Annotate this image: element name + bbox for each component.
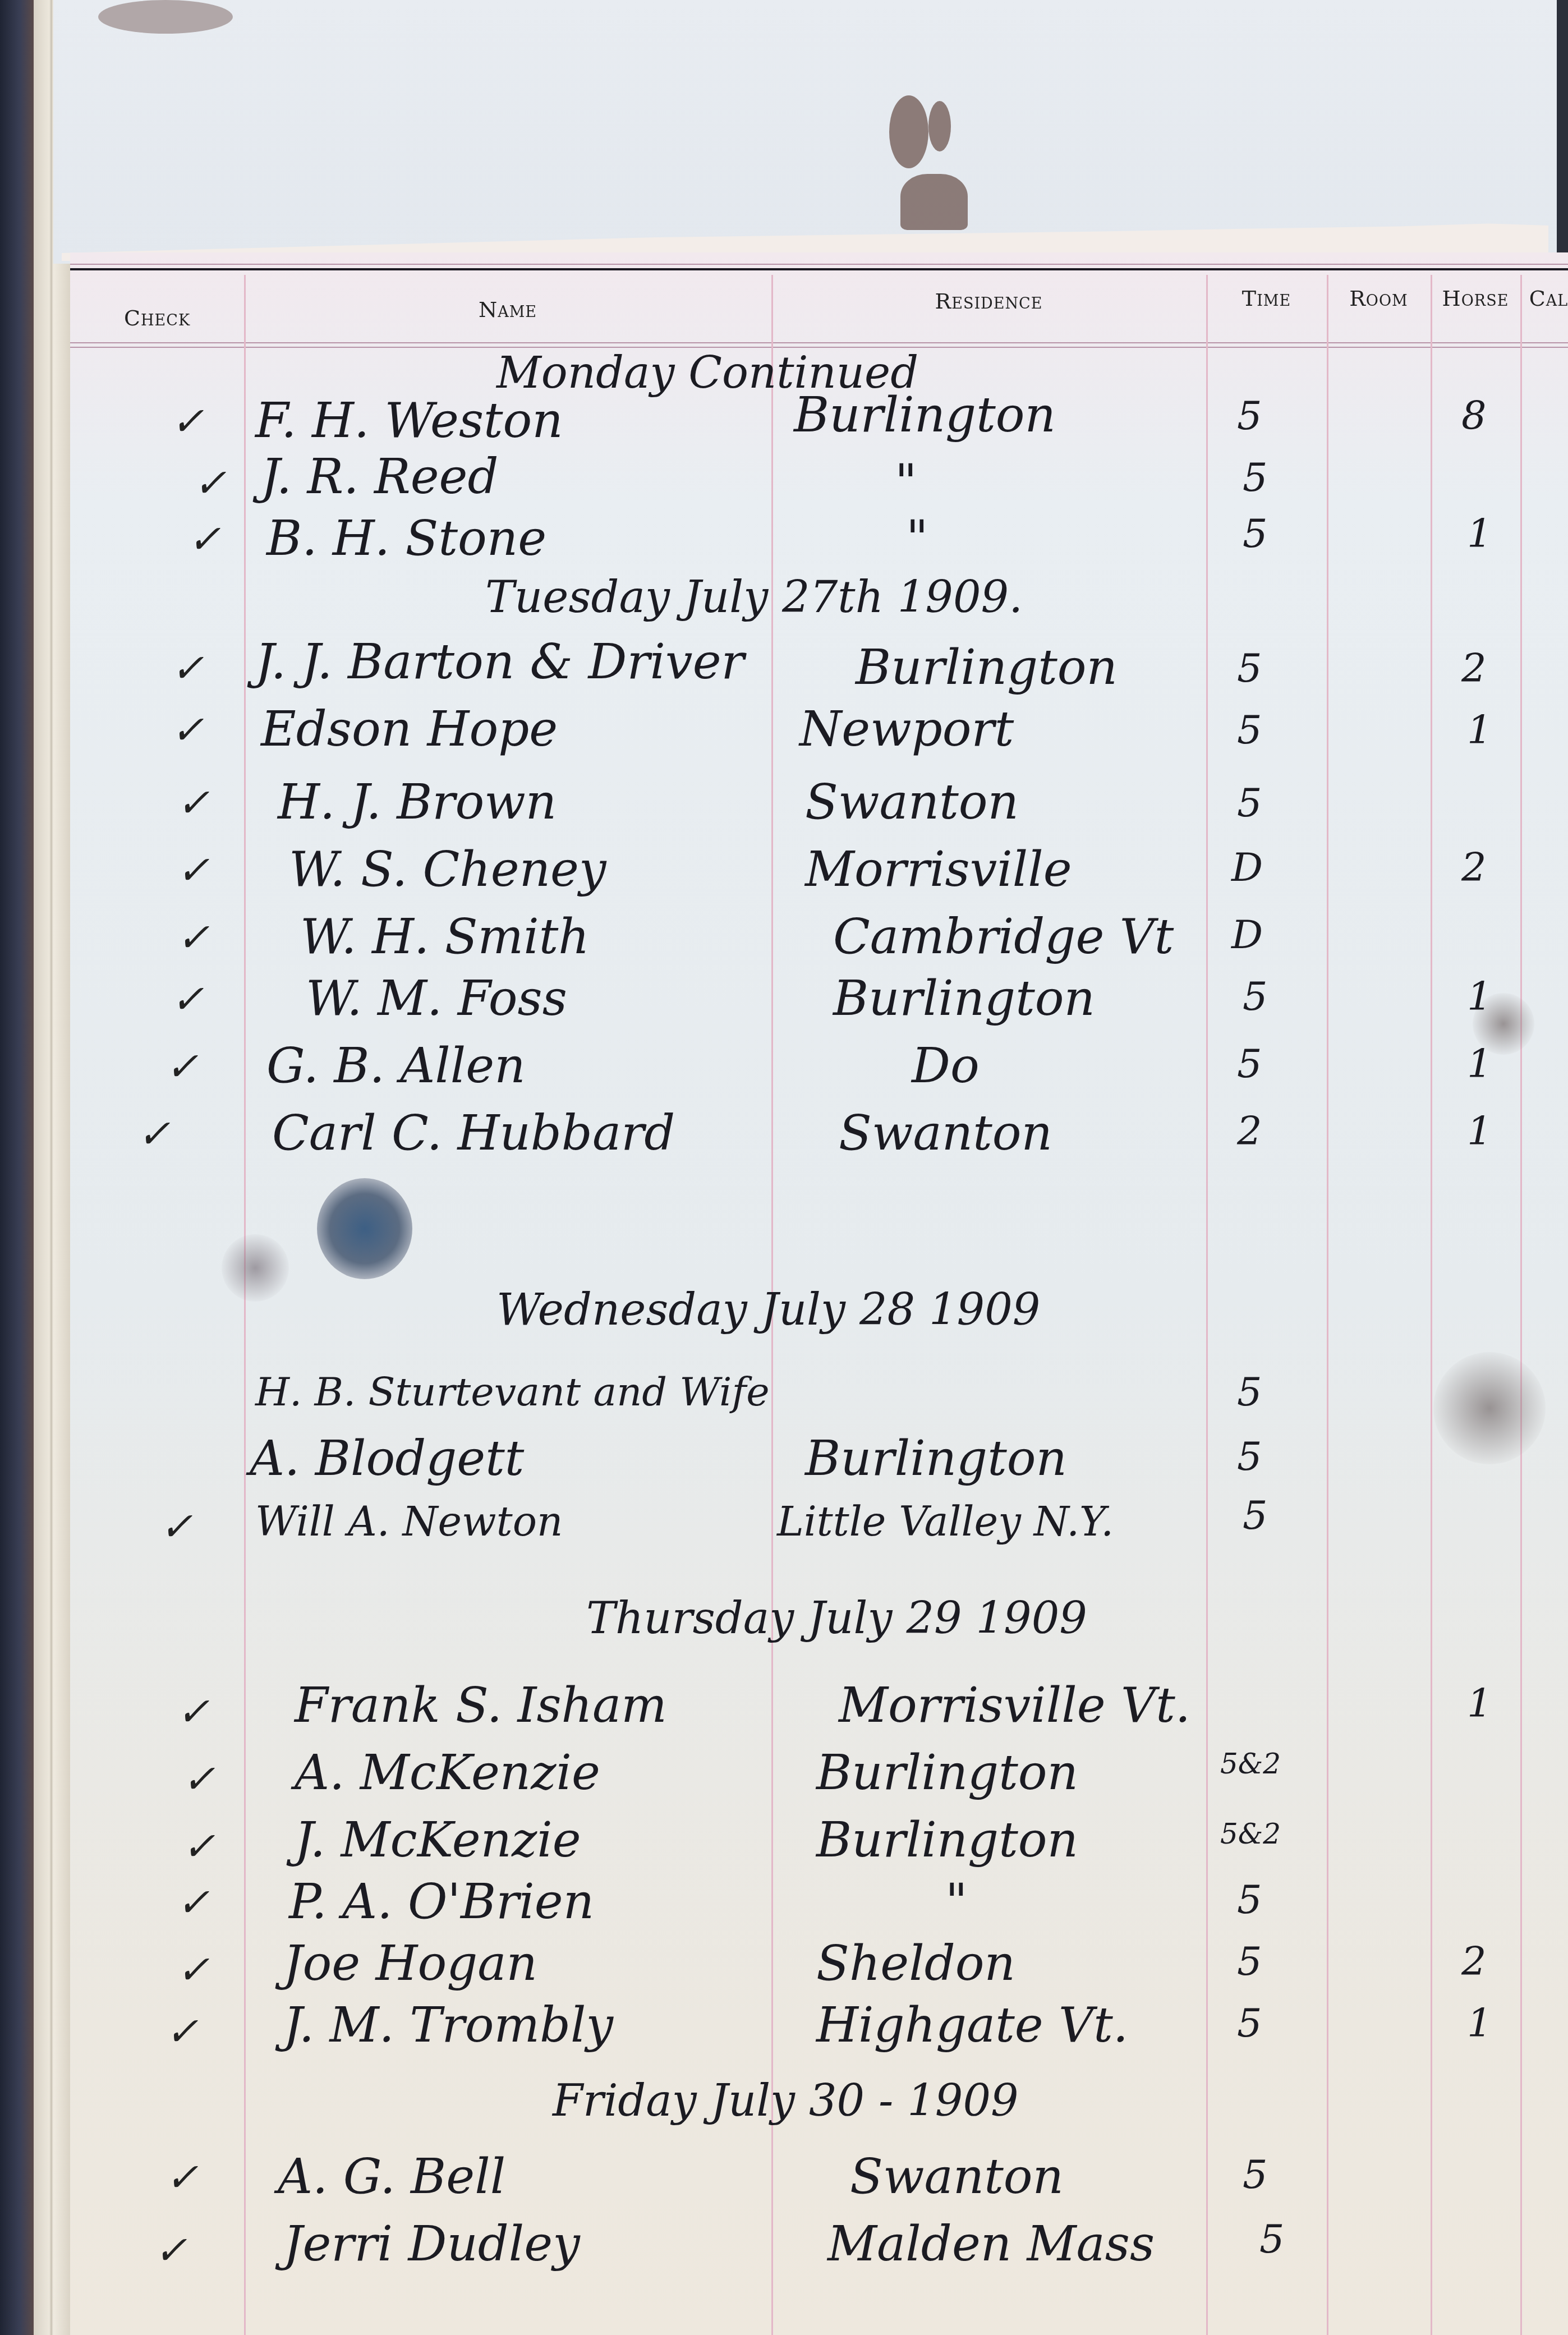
guest-name: P. A. O'Brien bbox=[289, 1874, 594, 1930]
day-heading: Wednesday July 28 1909 bbox=[496, 1285, 1040, 1335]
guest-name: F. H. Weston bbox=[255, 393, 563, 449]
column-header-call: Call bbox=[1520, 286, 1568, 311]
horse-value: 1 bbox=[1467, 1041, 1492, 1087]
check-mark: ✓ bbox=[177, 1879, 210, 1925]
guest-residence: " bbox=[945, 1874, 968, 1930]
guest-residence: Morrisville bbox=[805, 842, 1072, 898]
day-heading: Tuesday July 27th 1909. bbox=[485, 572, 1023, 623]
time-value: 5 bbox=[1237, 645, 1262, 691]
guest-name: J. R. Reed bbox=[261, 449, 499, 505]
check-mark: ✓ bbox=[177, 847, 210, 893]
guest-name: Will A. Newton bbox=[255, 1498, 563, 1545]
time-value: 5 bbox=[1237, 1041, 1262, 1087]
time-value: 5 bbox=[1243, 973, 1268, 1019]
guest-residence: Do bbox=[912, 1038, 980, 1094]
time-value: 5 bbox=[1237, 393, 1262, 439]
guest-residence: Burlington bbox=[816, 1812, 1078, 1868]
time-value: 5 bbox=[1237, 1369, 1262, 1415]
column-divider bbox=[244, 275, 246, 2335]
guest-name: A. Blodgett bbox=[250, 1431, 524, 1487]
day-heading: Friday July 30 - 1909 bbox=[553, 2076, 1019, 2126]
column-header-room: Room bbox=[1327, 286, 1431, 311]
stain bbox=[98, 0, 233, 34]
time-value: 5 bbox=[1243, 2152, 1268, 2198]
guest-residence: Burlington bbox=[816, 1745, 1078, 1801]
guest-residence: Highgate Vt. bbox=[816, 1997, 1128, 2053]
guest-name: J. M. Trombly bbox=[283, 1997, 613, 2053]
guest-name: Carl C. Hubbard bbox=[272, 1105, 675, 1161]
guest-residence: " bbox=[895, 454, 917, 511]
stain bbox=[900, 174, 968, 230]
time-value: 5 bbox=[1237, 1938, 1262, 1984]
check-mark: ✓ bbox=[171, 707, 204, 753]
column-header-name: Name bbox=[244, 297, 771, 322]
check-mark: ✓ bbox=[171, 398, 204, 444]
horse-value: 1 bbox=[1467, 2000, 1492, 2046]
guest-residence: Burlington bbox=[805, 1431, 1067, 1487]
horse-value: 2 bbox=[1461, 645, 1487, 691]
guest-name: Edson Hope bbox=[261, 701, 558, 757]
check-mark: ✓ bbox=[177, 914, 210, 960]
check-mark: ✓ bbox=[154, 2227, 187, 2273]
check-mark: ✓ bbox=[137, 1111, 171, 1157]
stain bbox=[928, 101, 951, 151]
time-value: 5&2 bbox=[1220, 1818, 1281, 1850]
book-binding bbox=[0, 0, 34, 2335]
horse-value: 2 bbox=[1461, 844, 1487, 890]
header-rule-bottom bbox=[70, 342, 1568, 348]
horse-value: 1 bbox=[1467, 1680, 1492, 1726]
guest-residence: Burlington bbox=[856, 640, 1118, 696]
time-value: D bbox=[1231, 844, 1263, 890]
time-value: 5 bbox=[1243, 454, 1268, 500]
time-value: 5 bbox=[1237, 707, 1262, 753]
header-rule-black bbox=[70, 268, 1568, 270]
check-mark: ✓ bbox=[165, 2008, 199, 2054]
ink-blot bbox=[1433, 1352, 1546, 1464]
guest-residence: Swanton bbox=[850, 2149, 1064, 2205]
time-value: 5 bbox=[1237, 780, 1262, 826]
guest-residence: Malden Mass bbox=[827, 2216, 1155, 2272]
time-value: 5 bbox=[1259, 2216, 1285, 2262]
guest-residence: Swanton bbox=[805, 774, 1019, 830]
column-divider bbox=[1327, 275, 1328, 2335]
check-mark: ✓ bbox=[177, 1689, 210, 1735]
check-mark: ✓ bbox=[194, 460, 227, 506]
guest-residence: Little Valley N.Y. bbox=[777, 1498, 1114, 1545]
guest-residence: " bbox=[906, 511, 928, 567]
torn-top-sheet bbox=[53, 0, 1557, 264]
guest-name: J. McKenzie bbox=[295, 1812, 581, 1868]
ledger-page: Check Name Residence Time Room Horse Cal… bbox=[70, 252, 1568, 2335]
guest-name: J. J. Barton & Driver bbox=[255, 634, 744, 690]
guest-name: W. M. Foss bbox=[306, 971, 567, 1027]
time-value: 5 bbox=[1237, 1877, 1262, 1923]
horse-value: 1 bbox=[1467, 973, 1492, 1019]
guest-name: A. McKenzie bbox=[295, 1745, 600, 1801]
guest-name: Joe Hogan bbox=[283, 1936, 537, 1992]
time-value: 5 bbox=[1237, 1433, 1262, 1479]
guest-residence: Morrisville Vt. bbox=[839, 1677, 1190, 1734]
guest-residence: Cambridge Vt bbox=[833, 909, 1174, 965]
guest-residence: Burlington bbox=[833, 971, 1095, 1027]
check-mark: ✓ bbox=[177, 1947, 210, 1993]
check-mark: ✓ bbox=[182, 1823, 215, 1869]
check-mark: ✓ bbox=[160, 1504, 193, 1550]
guest-name: Jerri Dudley bbox=[283, 2216, 580, 2272]
check-mark: ✓ bbox=[177, 780, 210, 826]
column-divider bbox=[1206, 275, 1208, 2335]
page-edges bbox=[34, 0, 75, 2335]
column-header-residence: Residence bbox=[771, 289, 1206, 314]
guest-residence: Sheldon bbox=[816, 1936, 1015, 1992]
stain bbox=[889, 95, 928, 168]
check-mark: ✓ bbox=[165, 2154, 199, 2200]
horse-value: 1 bbox=[1467, 1108, 1492, 1154]
time-value: D bbox=[1231, 912, 1263, 958]
guest-residence: Burlington bbox=[794, 387, 1056, 443]
guest-name: W. S. Cheney bbox=[289, 842, 606, 898]
guest-residence: Newport bbox=[799, 701, 1014, 757]
column-divider bbox=[1520, 275, 1522, 2335]
time-value: 5 bbox=[1243, 511, 1268, 557]
check-mark: ✓ bbox=[182, 1756, 215, 1802]
time-value: 5 bbox=[1237, 2000, 1262, 2046]
guest-name: H. J. Brown bbox=[278, 774, 557, 830]
check-mark: ✓ bbox=[171, 976, 204, 1022]
horse-value: 2 bbox=[1461, 1938, 1487, 1984]
horse-value: 8 bbox=[1461, 393, 1487, 439]
check-mark: ✓ bbox=[171, 645, 204, 691]
horse-value: 1 bbox=[1467, 511, 1492, 557]
guest-name: H. B. Sturtevant and Wife bbox=[255, 1369, 770, 1415]
ink-blot bbox=[317, 1178, 412, 1279]
guest-name: G. B. Allen bbox=[266, 1038, 526, 1094]
column-header-time: Time bbox=[1206, 286, 1327, 311]
guest-name: W. H. Smith bbox=[300, 909, 590, 965]
horse-value: 1 bbox=[1467, 707, 1492, 753]
check-mark: ✓ bbox=[165, 1044, 199, 1090]
column-header-horse: Horse bbox=[1431, 286, 1520, 311]
guest-name: Frank S. Isham bbox=[295, 1677, 667, 1734]
time-value: 5 bbox=[1243, 1492, 1268, 1538]
time-value: 2 bbox=[1237, 1108, 1262, 1154]
time-value: 5&2 bbox=[1220, 1748, 1281, 1780]
guest-name: A. G. Bell bbox=[278, 2149, 505, 2205]
ink-blot bbox=[222, 1234, 289, 1302]
column-divider bbox=[1431, 275, 1432, 2335]
day-heading: Thursday July 29 1909 bbox=[586, 1593, 1087, 1644]
guest-name: B. H. Stone bbox=[266, 511, 546, 567]
guest-residence: Swanton bbox=[839, 1105, 1052, 1161]
check-mark: ✓ bbox=[188, 516, 221, 562]
column-header-check: Check bbox=[70, 306, 244, 330]
